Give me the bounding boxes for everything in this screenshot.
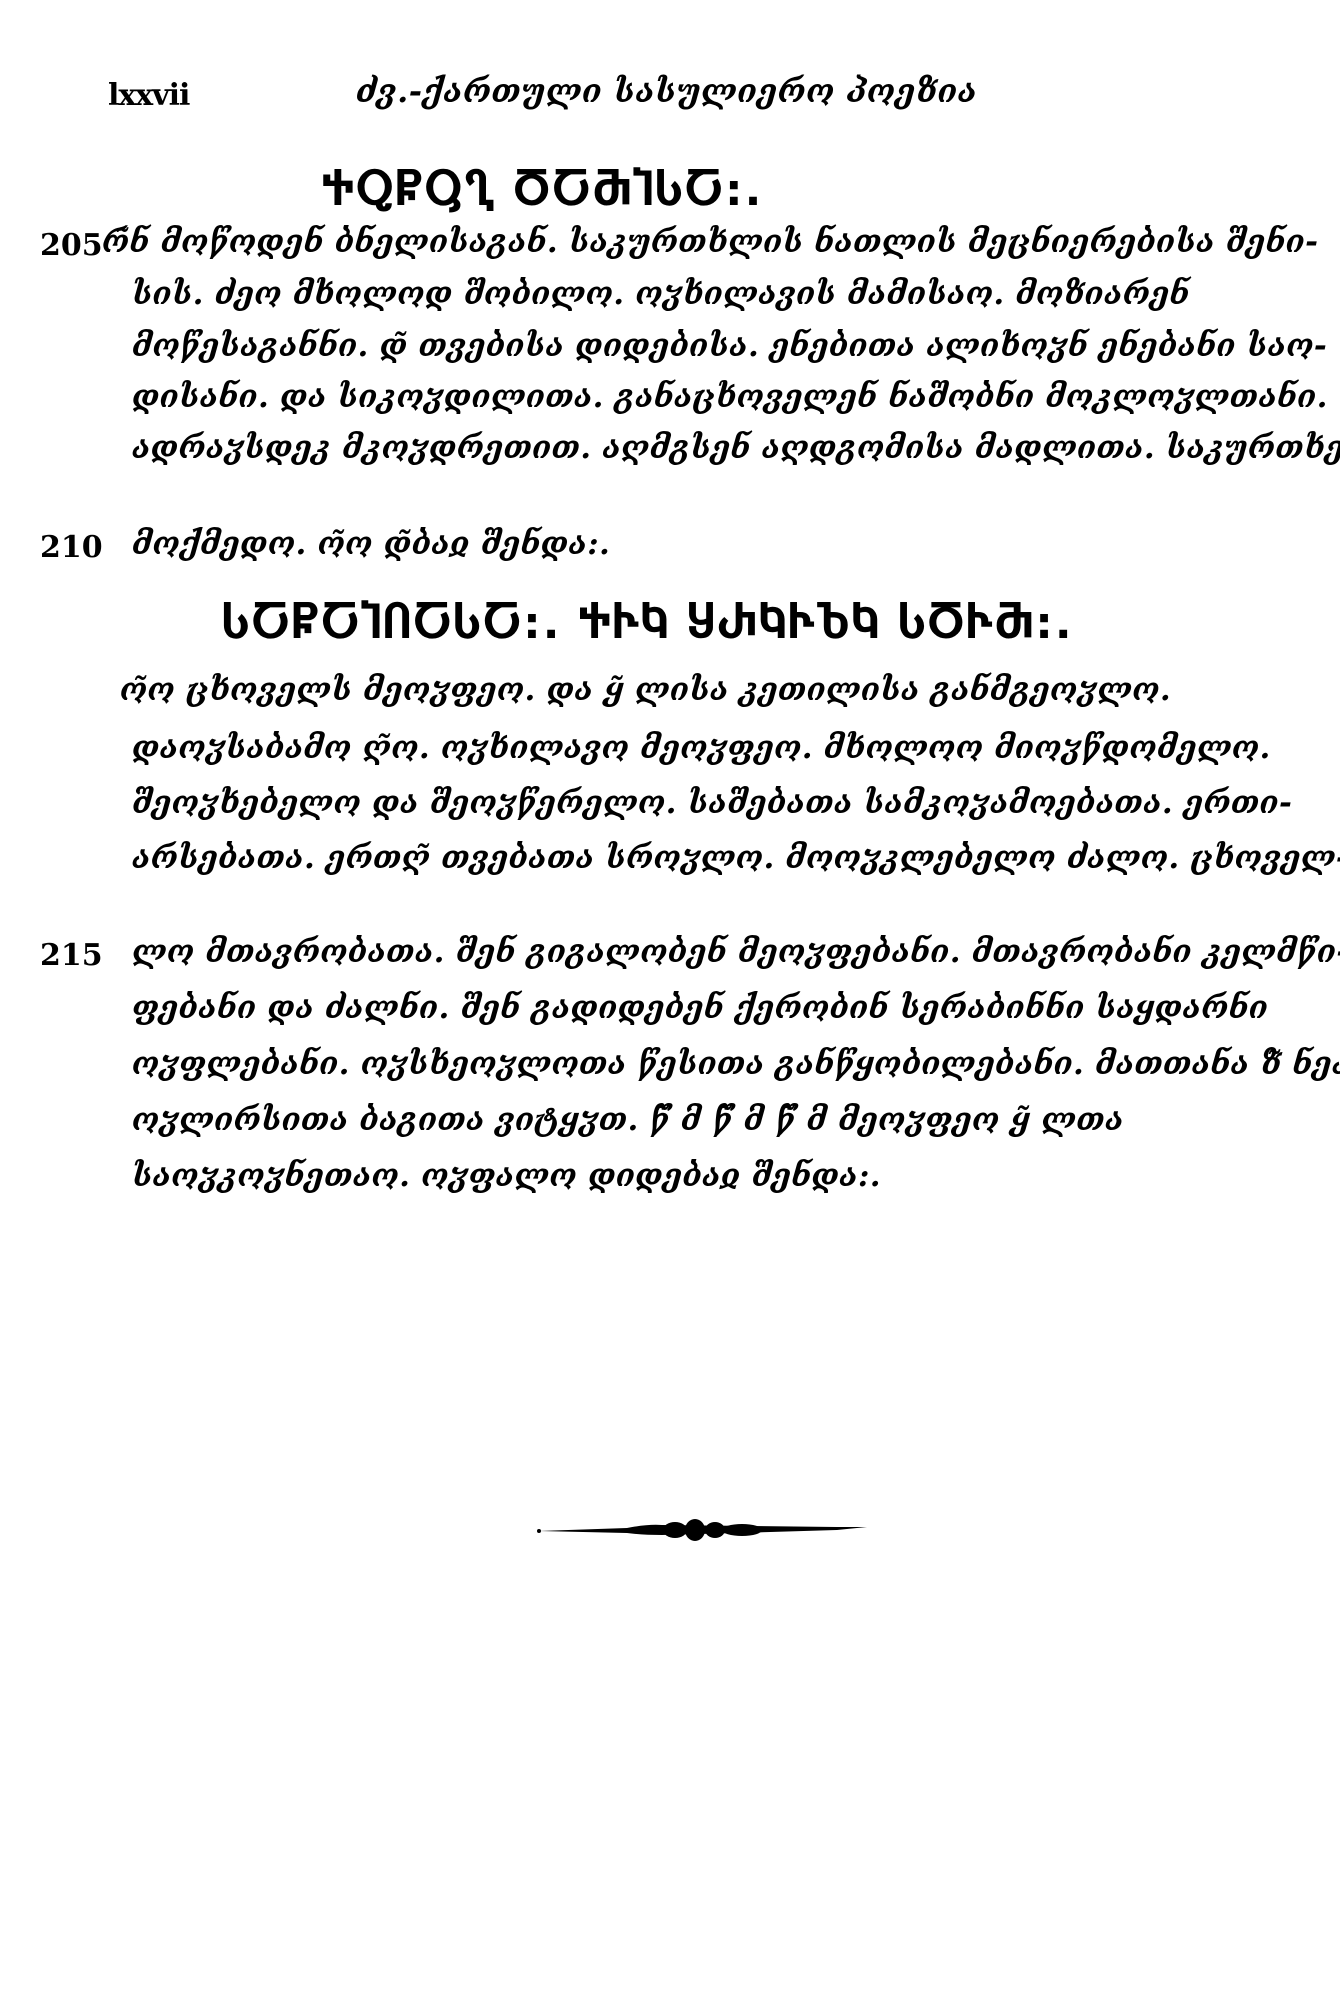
text-line: ოჳფლებანი. ოჳსხეოჳლოთა წესითა განწყობილე…	[132, 1046, 1340, 1082]
text-line: ფებანი და ძალნი. შენ გადიდებენ ქერობინ ს…	[132, 990, 1268, 1026]
text-line: მოქმედო. ო̃ო დ̃ბაჲ შენდა:.	[132, 526, 610, 562]
text-line: ლო მთავრობათა. შენ გიგალობენ მეოჳფებანი.…	[132, 934, 1340, 970]
text-line: დაოჳსაბამო ღ̃ო. ოჳხილავო მეოჳფეო. მხოლოო…	[132, 730, 1271, 766]
section-heading-1: ႵႭႼႳႢ ႣႠႫႨႱႠ:.	[322, 165, 763, 216]
text-line: ოჳლირსითა ბაგითა ვიტყჳთ. წ̃ მ წ̃ მ წ̃ მ …	[132, 1102, 1124, 1138]
section-heading-2: ႱႠႼႠႨႶႠႱႠ:. ႵჁႩ ႸႰႩჁႦႩ ႱႣჁႫ:.	[222, 598, 1074, 649]
running-title: ძვ.-ქართული სასულიერო პოეზია	[356, 72, 977, 110]
line-number: 210	[40, 530, 103, 565]
text-line: დისანი. და სიკოჳდილითა. განაცხოველენ ნაშ…	[132, 379, 1328, 415]
text-line: შეოჳხებელო და შეოჳწერელო. საშებათა სამკო…	[132, 785, 1292, 821]
text-line: რ̃ნ მოწოდენ ბნელისაგან. საკურთხლის ნათლი…	[102, 224, 1318, 260]
text-line: ადრაჳსდეკ მკოჳდრეთით. აღმგსენ აღდგომისა …	[132, 430, 1340, 466]
tailpiece-ornament-icon	[537, 1516, 867, 1544]
text-line: საოჳკოჳნეთაო. ოჳფალო დიდებაჲ შენდა:.	[132, 1158, 881, 1194]
text-line: სის. ძეო მხოლოდ შობილო. ოჳხილავის მამისა…	[132, 276, 1190, 312]
page-number: lxxvii	[108, 78, 189, 113]
text-line: მოწესაგანნი. დ̃ თვებისა დიდებისა. ენებით…	[132, 328, 1327, 364]
text-line: არსებათა. ერთღ̃ თვებათა სროჳლო. მოოჳკლებ…	[132, 840, 1340, 876]
text-line: ო̃ო ცხოველს მეოჳფეო. და ყ̃ ლისა კეთილისა…	[120, 672, 1171, 708]
line-number: 215	[40, 938, 103, 973]
line-number: 205	[40, 228, 103, 263]
